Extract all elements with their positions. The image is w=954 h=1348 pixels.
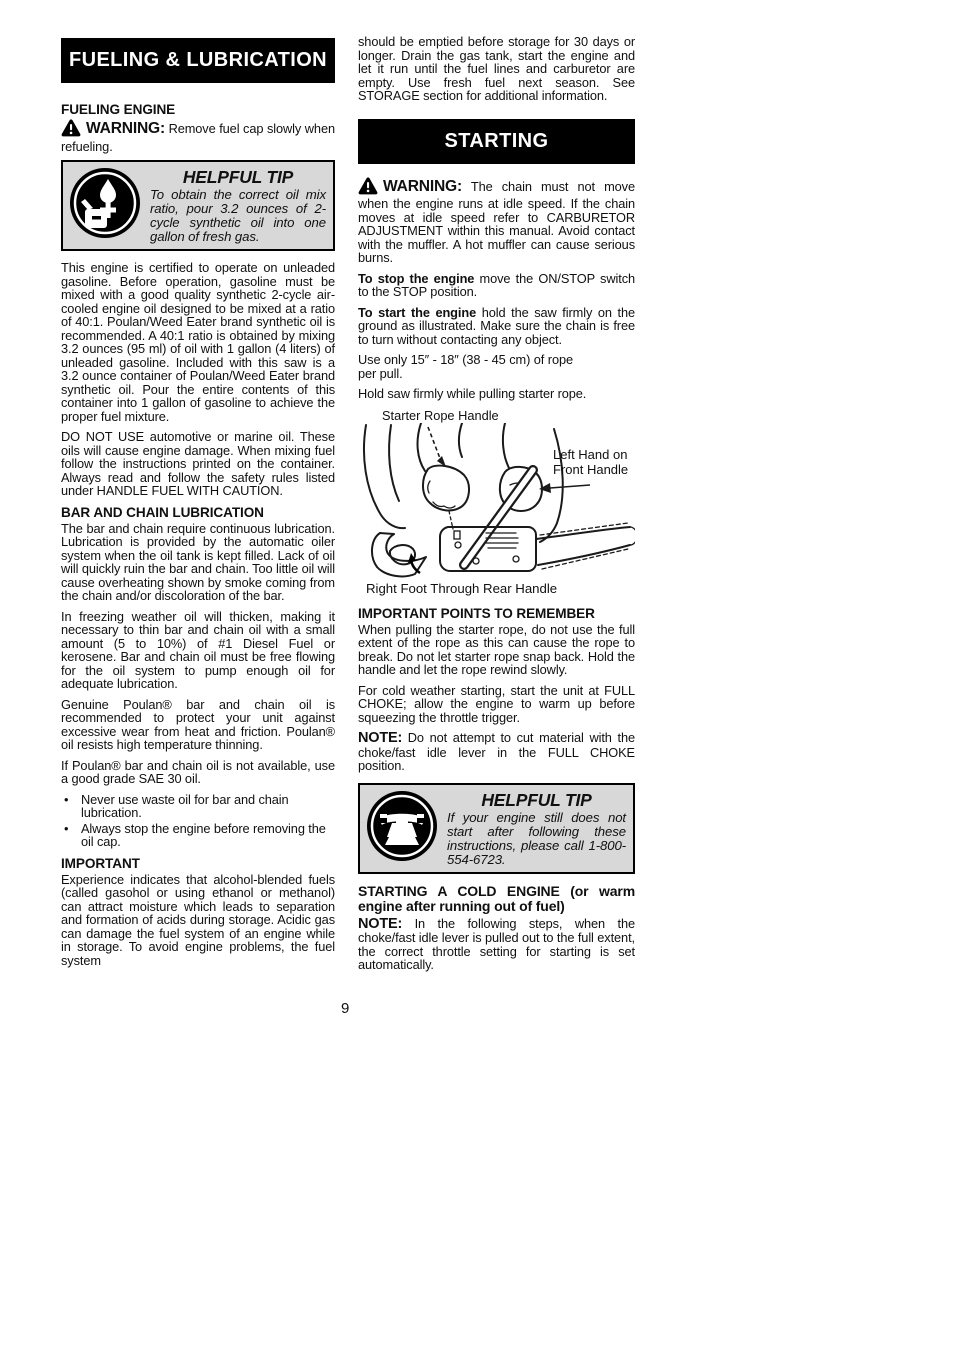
para-unleaded-gasoline: This engine is certified to operate on u… <box>61 261 335 423</box>
left-column: FUELING & LUBRICATION FUELING ENGINE WAR… <box>61 38 335 974</box>
cold-engine-heading: STARTING A COLD ENGINE (or warm engine a… <box>358 884 635 914</box>
warning-triangle-icon <box>358 177 378 198</box>
note-cut-material: NOTE: Do not attempt to cut material wit… <box>358 731 635 773</box>
helpful-tip-box-phone: HELPFUL TIP If your engine still does no… <box>358 783 635 874</box>
bullet-marker: • <box>61 793 81 820</box>
stop-engine-para: To stop the engine move the ON/STOP swit… <box>358 272 635 299</box>
oil-mix-icon <box>68 166 142 245</box>
rope-length-note: Use only 15″ - 18″ (38 - 45 cm) of rope … <box>358 353 573 380</box>
helpful-tip-title: HELPFUL TIP <box>447 790 626 811</box>
fueling-engine-heading: FUELING ENGINE <box>61 102 335 117</box>
list-item: • Never use waste oil for bar and chain … <box>61 793 335 820</box>
points-para-2: For cold weather starting, start the uni… <box>358 684 635 725</box>
hold-saw-note: Hold saw firmly while pulling starter ro… <box>358 387 635 401</box>
bar-chain-heading: BAR AND CHAIN LUBRICATION <box>61 505 335 520</box>
helpful-tip-box-oil-mix: HELPFUL TIP To obtain the correct oil mi… <box>61 160 335 251</box>
starting-figure: Use only 15″ - 18″ (38 - 45 cm) of rope … <box>358 353 635 596</box>
storage-continuation-para: should be emptied before storage for 30 … <box>358 35 635 103</box>
warning-label: WARNING: <box>86 120 165 137</box>
points-para-1: When pulling the starter rope, do not us… <box>358 623 635 677</box>
warning-label: WARNING: <box>383 178 462 195</box>
right-column: should be emptied before storage for 30 … <box>358 35 635 979</box>
tip-body: HELPFUL TIP To obtain the correct oil mi… <box>150 167 326 244</box>
important-heading: IMPORTANT <box>61 856 335 871</box>
bullet-text-waste-oil: Never use waste oil for bar and chain lu… <box>81 793 335 820</box>
helpful-tip-text: To obtain the correct oil mix ratio, pou… <box>150 188 326 244</box>
telephone-icon <box>365 789 439 868</box>
helpful-tip-title: HELPFUL TIP <box>150 167 326 188</box>
para-do-not-use: DO NOT USE automotive or marine oil. The… <box>61 430 335 498</box>
tip-body: HELPFUL TIP If your engine still does no… <box>447 790 626 867</box>
fueling-warning: WARNING: Remove fuel cap slowly when ref… <box>61 119 335 153</box>
left-hand-label: Left Hand on Front Handle <box>553 447 633 477</box>
bar-chain-para-4: If Poulan® bar and chain oil is not avai… <box>61 759 335 786</box>
starter-rope-handle-label: Starter Rope Handle <box>382 408 635 423</box>
list-item: • Always stop the engine before removing… <box>61 822 335 849</box>
chainsaw-illustration: Left Hand on Front Handle <box>358 423 635 581</box>
starting-warning: WARNING: The chain must not move when th… <box>358 177 635 265</box>
page-number: 9 <box>341 1000 349 1017</box>
start-engine-para: To start the engine hold the saw firmly … <box>358 306 635 347</box>
points-to-remember-heading: IMPORTANT POINTS TO REMEMBER <box>358 606 635 621</box>
bar-chain-para-2: In freezing weather oil will thicken, ma… <box>61 610 335 691</box>
bar-chain-para-3: Genuine Poulan® bar and chain oil is rec… <box>61 698 335 752</box>
bullet-text-stop-engine: Always stop the engine before removing t… <box>81 822 335 849</box>
important-para: Experience indicates that alcohol-blende… <box>61 873 335 968</box>
helpful-tip-text: If your engine still does not start afte… <box>447 811 626 867</box>
note-following-steps: NOTE: In the following steps, when the c… <box>358 917 635 972</box>
warning-triangle-icon <box>61 119 81 140</box>
bar-chain-para-1: The bar and chain require continuous lub… <box>61 522 335 603</box>
section-banner-fueling-lubrication: FUELING & LUBRICATION <box>61 38 335 83</box>
right-foot-caption: Right Foot Through Rear Handle <box>366 581 635 596</box>
section-banner-starting: STARTING <box>358 119 635 164</box>
bullet-marker: • <box>61 822 81 849</box>
